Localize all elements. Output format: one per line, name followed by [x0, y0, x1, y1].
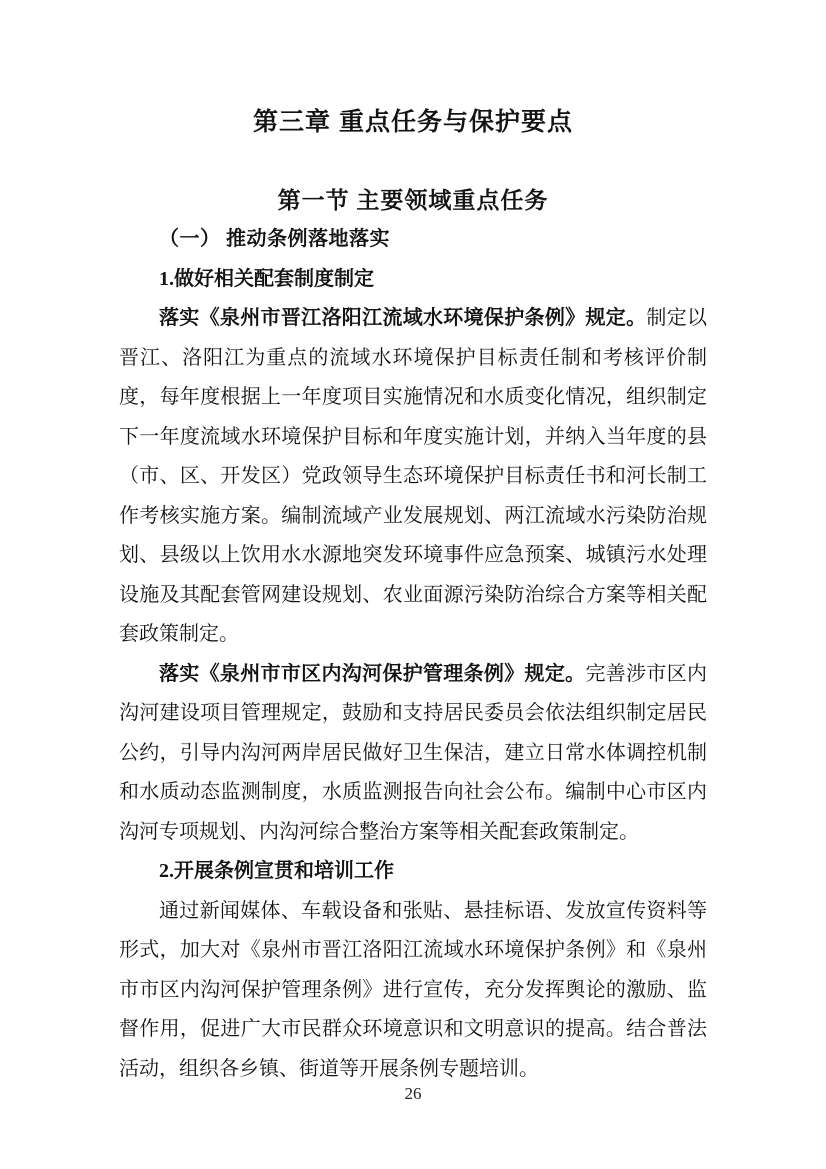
sub-heading-1: 1.做好相关配套制度制定 — [119, 260, 707, 300]
page-number: 26 — [0, 1083, 826, 1105]
sub-heading-2: 2.开展条例宣贯和培训工作 — [119, 852, 707, 892]
paragraph-1-text: 制定以晋江、洛阳江为重点的流域水环境保护目标责任制和考核评价制度，每年度根据上一… — [119, 307, 707, 645]
chapter-title: 第三章 重点任务与保护要点 — [0, 106, 826, 138]
document-body: （一） 推动条例落地落实 1.做好相关配套制度制定 落实《泉州市晋江洛阳江流域水… — [119, 220, 707, 1089]
paragraph-3: 通过新闻媒体、车载设备和张贴、悬挂标语、发放宣传资料等形式，加大对《泉州市晋江洛… — [119, 892, 707, 1090]
paragraph-1-lead: 落实《泉州市晋江洛阳江流域水环境保护条例》规定。 — [159, 307, 646, 329]
paragraph-1: 落实《泉州市晋江洛阳江流域水环境保护条例》规定。制定以晋江、洛阳江为重点的流域水… — [119, 299, 707, 655]
item-heading-1: （一） 推动条例落地落实 — [119, 220, 707, 260]
section-title: 第一节 主要领域重点任务 — [0, 186, 826, 216]
paragraph-2-text: 完善涉市区内沟河建设项目管理规定，鼓励和支持居民委员会依法组织制定居民公约，引导… — [119, 663, 707, 843]
document-page: 第三章 重点任务与保护要点 第一节 主要领域重点任务 （一） 推动条例落地落实 … — [0, 0, 826, 1169]
paragraph-2-lead: 落实《泉州市市区内沟河保护管理条例》规定。 — [159, 663, 585, 685]
paragraph-2: 落实《泉州市市区内沟河保护管理条例》规定。完善涉市区内沟河建设项目管理规定，鼓励… — [119, 655, 707, 853]
